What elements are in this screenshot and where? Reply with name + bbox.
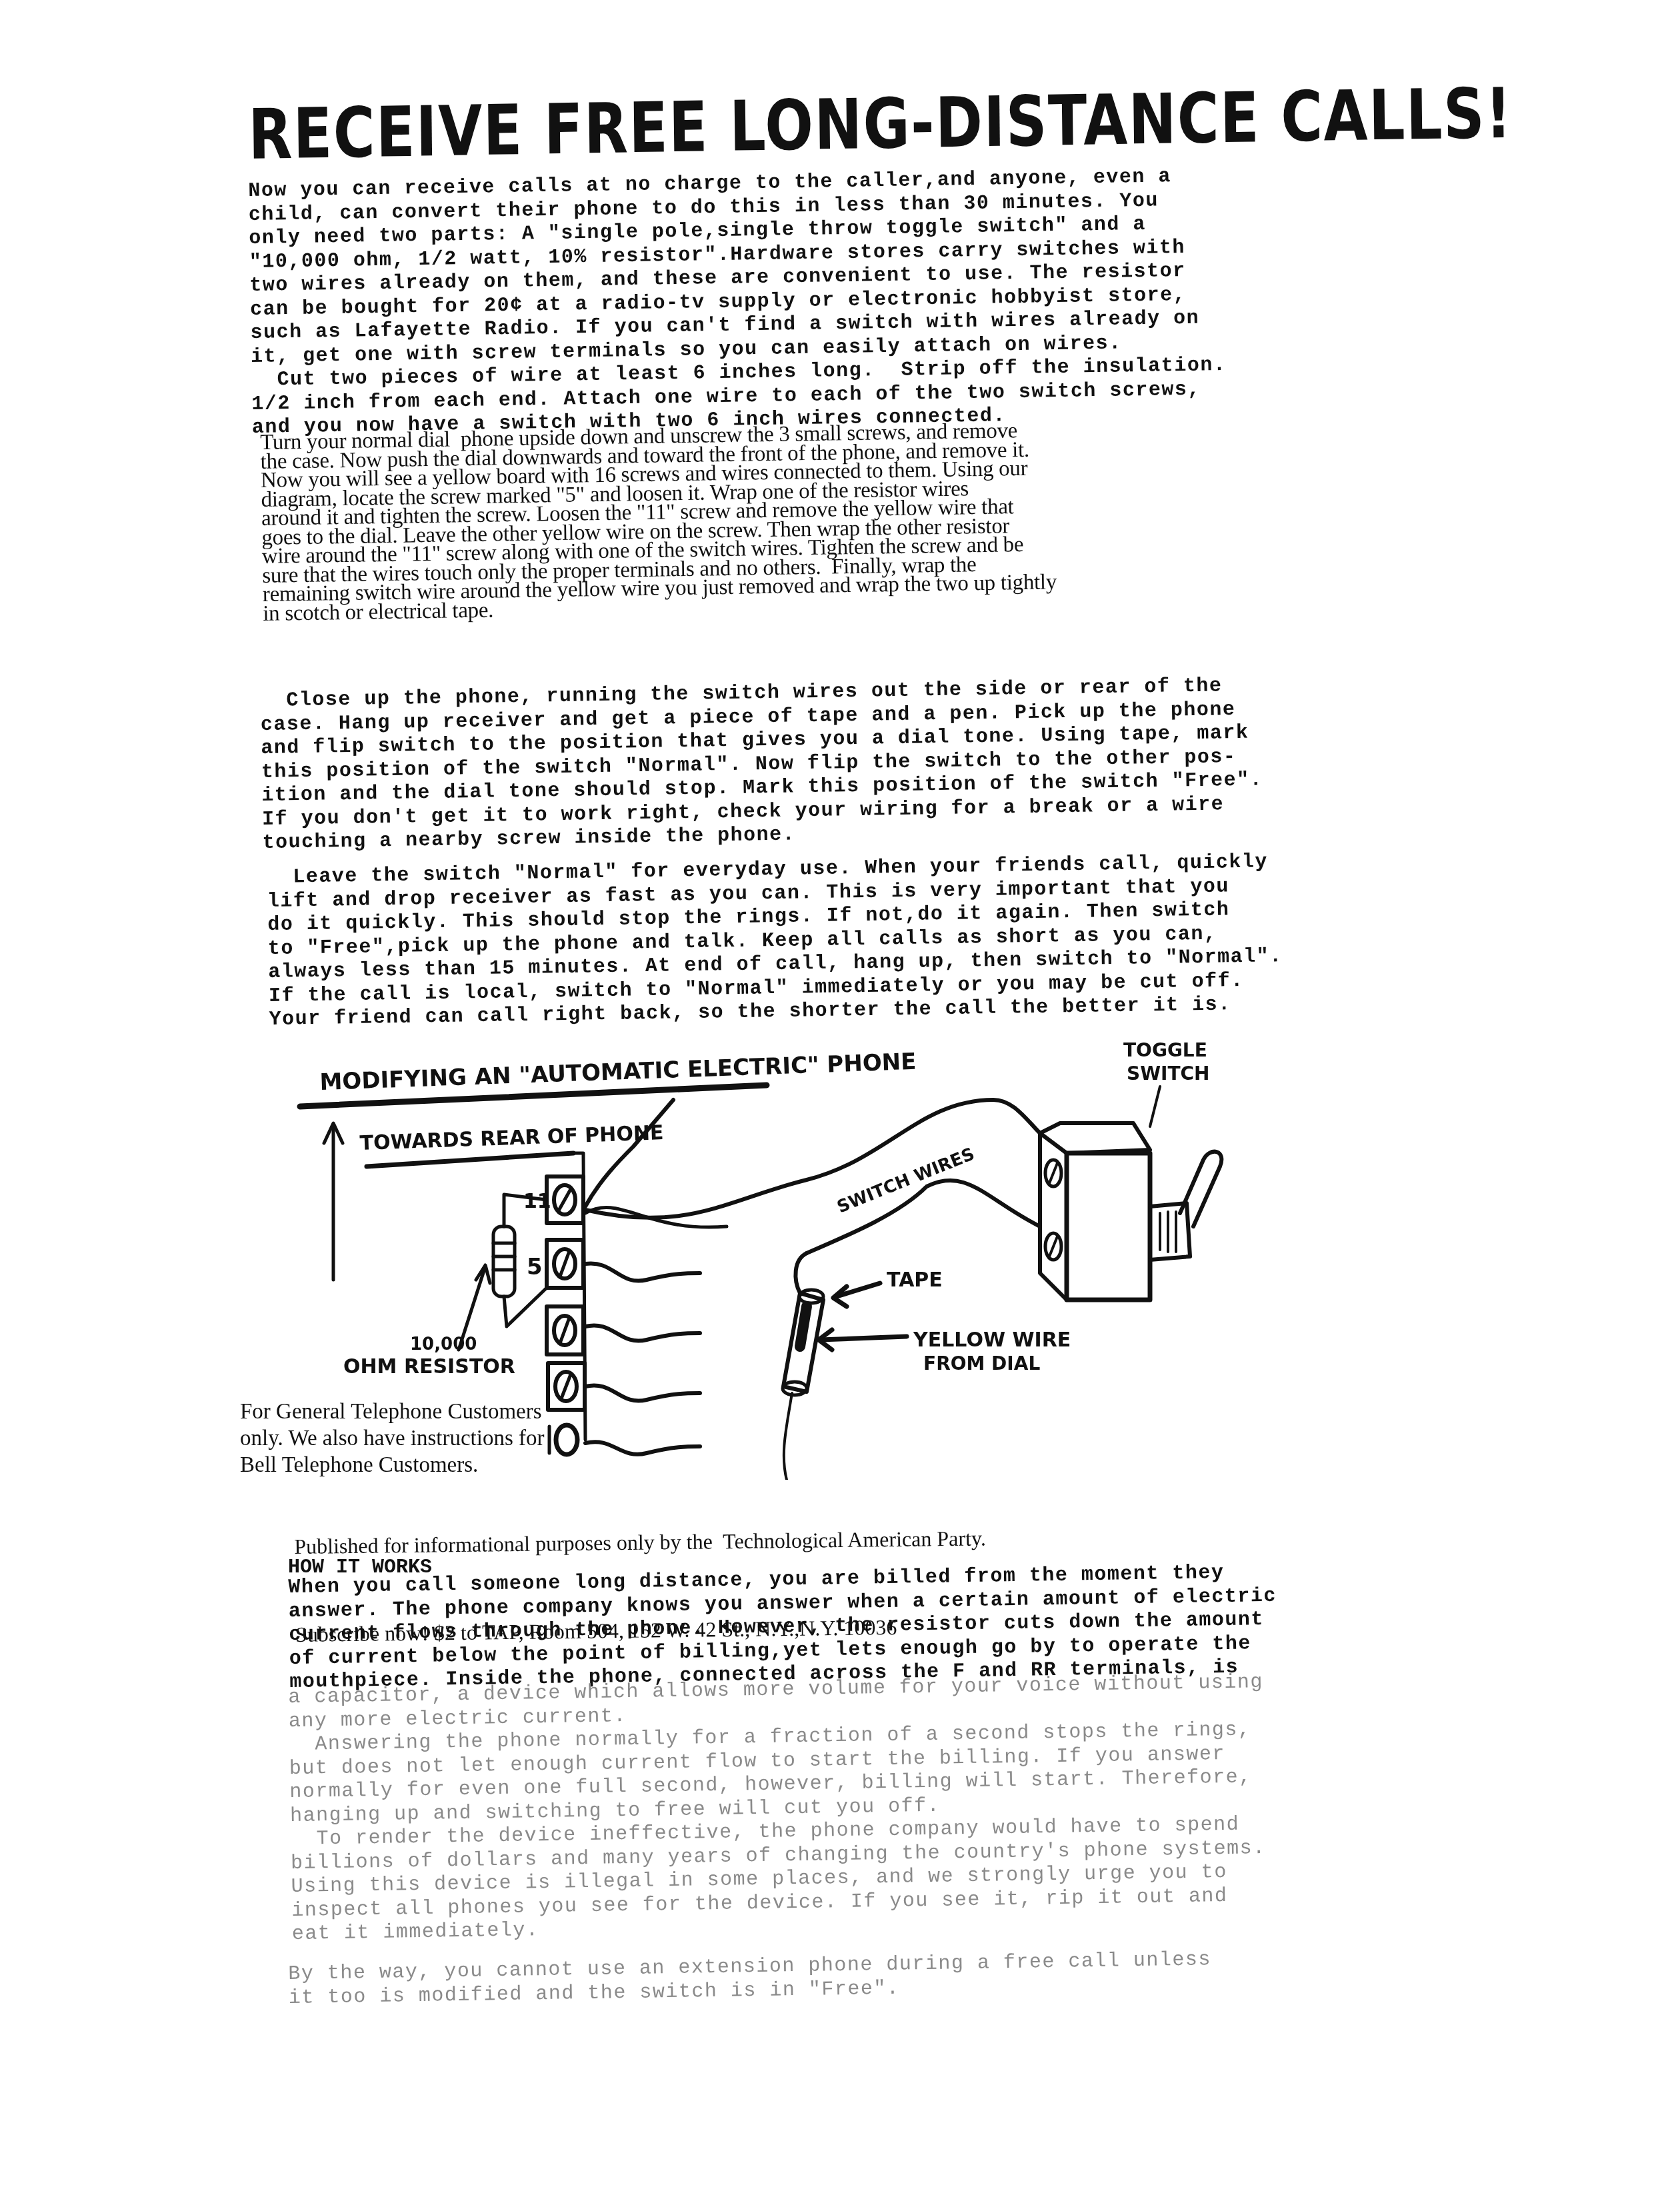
general-telephone-note: For General Telephone Customers only. We… <box>240 1398 545 1478</box>
page-title: RECEIVE FREE LONG-DISTANCE CALLS! <box>248 84 1189 169</box>
terminal-11-label: 11 <box>523 1190 551 1213</box>
usage-paragraph: Leave the switch "Normal" for everyday u… <box>267 851 1283 1032</box>
diagram-heading: MODIFYING AN "AUTOMATIC ELECTRIC" PHONE <box>319 1049 917 1096</box>
terminal-5-label: 5 <box>527 1254 543 1280</box>
tape-icon <box>783 1290 823 1395</box>
yellow-wire-label: YELLOW WIRE <box>913 1328 1071 1352</box>
how-it-works-faint-paragraph: a capacitor, a device which allows more … <box>288 1671 1267 1946</box>
testing-paragraph: Close up the phone, running the switch w… <box>260 674 1263 855</box>
towards-rear-label: TOWARDS REAR OF PHONE <box>359 1121 664 1155</box>
extension-phone-note: By the way, you cannot use an extension … <box>288 1948 1212 2010</box>
intro-paragraph: Now you can receive calls at no charge t… <box>248 165 1227 440</box>
terminal-strip <box>547 1176 585 1454</box>
instructions-paragraph: Turn your normal dial phone upside down … <box>260 421 1057 623</box>
resistor-label-2: OHM RESISTOR <box>343 1355 515 1378</box>
toggle-label-2: SWITCH <box>1127 1063 1210 1085</box>
yellow-wire-label-2: FROM DIAL <box>923 1352 1040 1374</box>
toggle-label: TOGGLE <box>1123 1039 1207 1061</box>
resistor-label: 10,000 <box>410 1334 477 1354</box>
toggle-switch-icon <box>1040 1123 1221 1300</box>
tape-label: TAPE <box>887 1268 943 1292</box>
publisher-line: Published for informational purposes onl… <box>294 1523 986 1561</box>
